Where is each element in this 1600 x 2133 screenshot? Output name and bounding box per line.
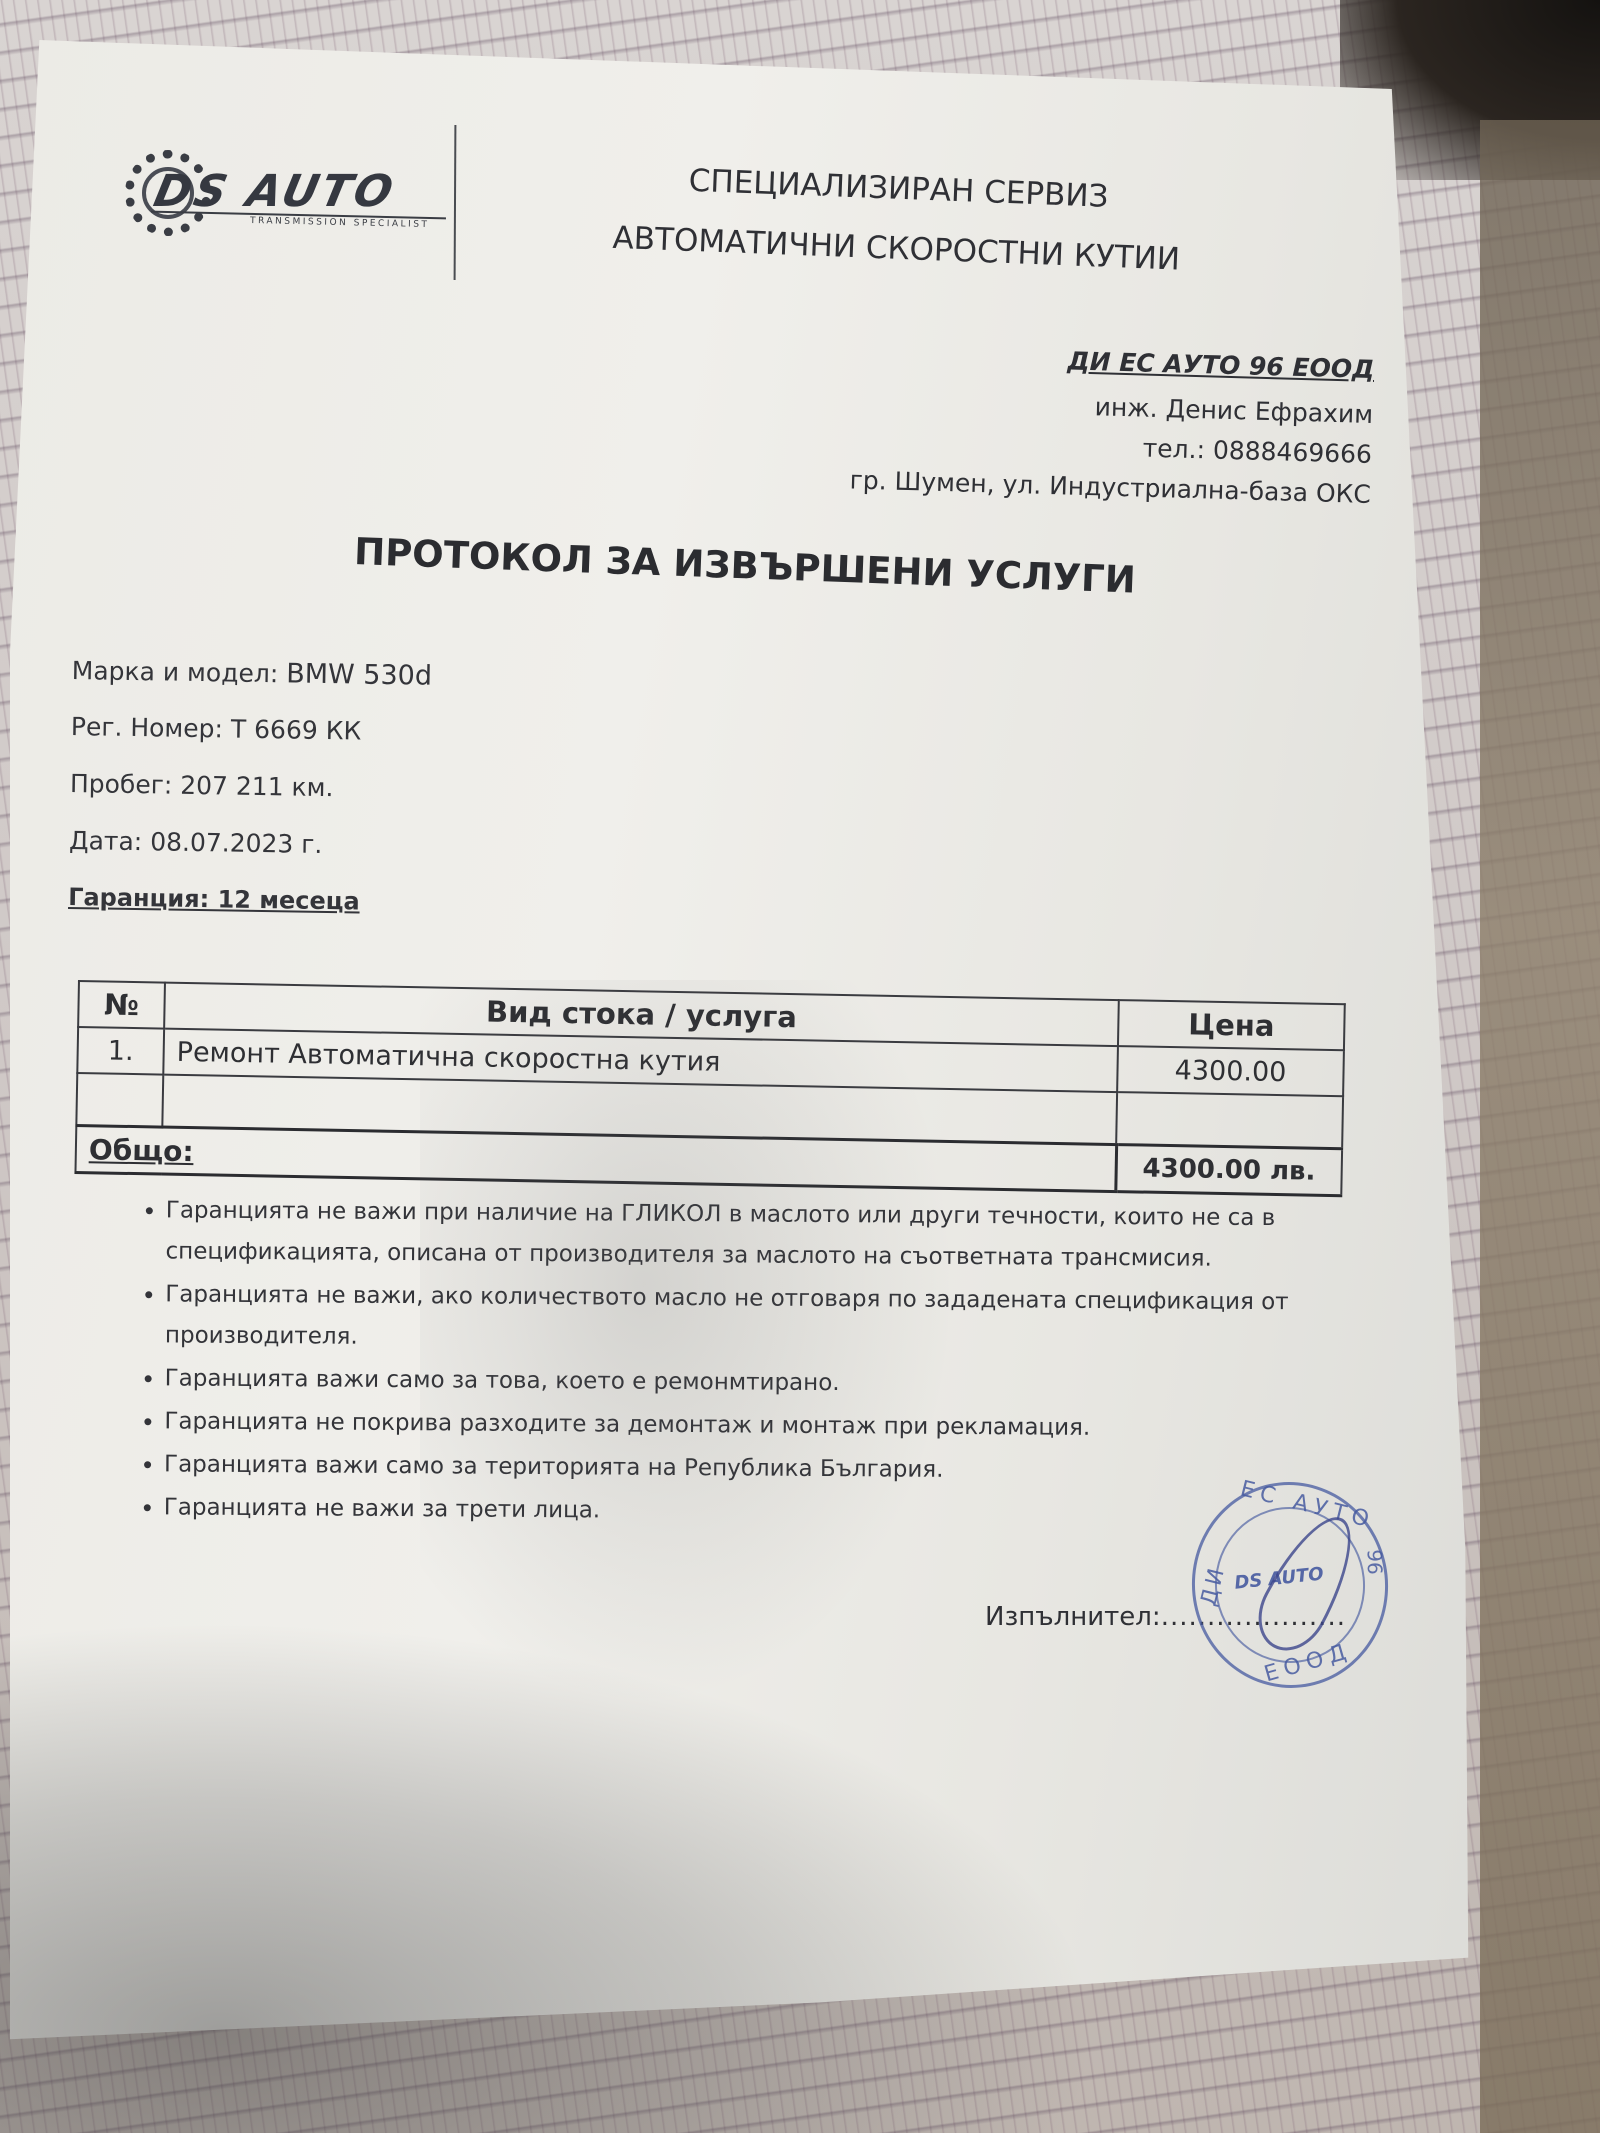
company-info: ДИ ЕС АУТО 96 ЕООД инж. Денис Ефрахим те… xyxy=(795,329,1375,515)
term-item: Гаранцията не важи за трети лица. xyxy=(164,1487,1368,1536)
header-divider xyxy=(454,125,457,280)
services-table: № Вид стока / услуга Цена 1. Ремонт Авто… xyxy=(74,980,1345,1197)
row-no xyxy=(76,1073,163,1127)
reg-number-value: Т 6669 КК xyxy=(231,715,362,746)
total-value: 4300.00 лв. xyxy=(1115,1145,1342,1196)
term-item: Гаранцията не важи, ако количеството мас… xyxy=(165,1274,1370,1364)
date-value: 08.07.2023 г. xyxy=(150,827,323,859)
make-model-value: BMW 530d xyxy=(286,658,432,691)
field-date: Дата: 08.07.2023 г. xyxy=(68,826,669,892)
stamp-right-text: 96 xyxy=(1362,1549,1386,1575)
term-item: Гаранцията важи само за територията на Р… xyxy=(164,1444,1368,1493)
header-title: СПЕЦИАЛИЗИРАН СЕРВИЗ АВТОМАТИЧНИ СКОРОСТ… xyxy=(535,145,1259,293)
vehicle-fields: Марка и модел: BMW 530d Рег. Номер: Т 66… xyxy=(68,655,672,949)
stamp-left-text: ДИ xyxy=(1196,1562,1230,1608)
warranty-period: Гаранция: 12 месеца xyxy=(68,883,669,949)
col-header-price: Цена xyxy=(1118,1000,1345,1050)
mileage-value: 207 211 км. xyxy=(180,771,334,802)
term-item: Гаранцията не покрива разходите за демон… xyxy=(164,1401,1368,1450)
row-price: 4300.00 xyxy=(1117,1046,1344,1096)
reg-number-label: Рег. Номер: xyxy=(71,712,224,743)
make-model-label: Марка и модел: xyxy=(72,656,279,688)
field-mileage: Пробег: 207 211 км. xyxy=(69,769,670,835)
term-item: Гаранцията не важи при наличие на ГЛИКОЛ… xyxy=(165,1190,1370,1280)
document: DS AUTO TRANSMISSION SPECIALIST СПЕЦИАЛИ… xyxy=(0,0,1600,2133)
row-no: 1. xyxy=(77,1027,164,1075)
document-title: ПРОТОКОЛ ЗА ИЗВЪРШЕНИ УСЛУГИ xyxy=(353,530,1164,603)
logo-brand: DS AUTO xyxy=(150,166,401,217)
field-reg-number: Рег. Номер: Т 6669 КК xyxy=(70,712,671,778)
row-price xyxy=(1116,1092,1343,1149)
terms-list: Гаранцията не важи при наличие на ГЛИКОЛ… xyxy=(108,1190,1370,1537)
signature-label: Изпълнител: xyxy=(985,1602,1161,1632)
mileage-label: Пробег: xyxy=(70,769,173,800)
term-item: Гаранцията важи само за това, което е ре… xyxy=(165,1358,1369,1407)
date-label: Дата: xyxy=(69,826,143,856)
company-logo: DS AUTO TRANSMISSION SPECIALIST xyxy=(125,148,455,233)
services-table-wrap: № Вид стока / услуга Цена 1. Ремонт Авто… xyxy=(74,980,1345,1197)
field-make-model: Марка и модел: BMW 530d xyxy=(71,655,672,721)
warranty-terms: Гаранцията не важи при наличие на ГЛИКОЛ… xyxy=(108,1190,1370,1539)
col-header-no: № xyxy=(78,981,165,1029)
